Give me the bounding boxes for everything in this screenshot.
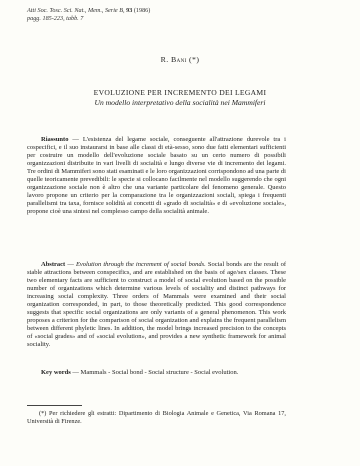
riassunto-dash: — — [68, 136, 82, 143]
paper-page: Atti Soc. Tosc. Sci. Nat., Mem., Serie B… — [0, 0, 360, 466]
footnote-text: Per richiedere gli estratti: Dipartiment… — [27, 410, 286, 425]
keywords-dash: — — [71, 369, 81, 376]
citation-volume: 93 — [126, 7, 132, 14]
footnote: (*) Per richiedere gli estratti: Diparti… — [27, 410, 286, 426]
riassunto-body: L'esistenza del legame sociale, consegue… — [27, 136, 286, 215]
citation-year: (1986) — [134, 7, 151, 14]
paper-subtitle: Un modello interpretativo della socialit… — [0, 98, 360, 107]
author-surname: Bani — [171, 55, 187, 64]
abstract-title: Evolution through the increment of socia… — [76, 261, 206, 268]
citation-journal: Atti Soc. Tosc. Sci. Nat., Mem., Serie B… — [27, 7, 125, 14]
abstract-heading: Abstract — [41, 261, 65, 268]
paper-title: EVOLUZIONE PER INCREMENTO DEI LEGAMI — [0, 88, 360, 97]
abstract-body: Social bonds are the result of stable at… — [27, 261, 286, 348]
journal-citation: Atti Soc. Tosc. Sci. Nat., Mem., Serie B… — [27, 7, 150, 23]
abstract-paragraph: Abstract — Evolution through the increme… — [27, 261, 286, 350]
citation-line-1: Atti Soc. Tosc. Sci. Nat., Mem., Serie B… — [27, 7, 150, 15]
author-footnote-mark: (*) — [189, 55, 199, 64]
keywords-list: Mammals - Social bond - Social structure… — [81, 369, 239, 376]
riassunto-paragraph: Riassunto — L'esistenza del legame socia… — [27, 136, 286, 216]
author-initial: R. — [161, 55, 169, 64]
abstract-dash: — — [65, 261, 76, 268]
keywords-line: Key words — Mammals - Social bond - Soci… — [41, 369, 238, 377]
citation-line-2: pagg. 185-223, tabb. 7 — [27, 15, 150, 23]
author-line: R. Bani (*) — [0, 55, 360, 64]
footnote-divider — [27, 405, 82, 406]
keywords-heading: Key words — [41, 369, 71, 376]
riassunto-heading: Riassunto — [41, 136, 68, 143]
